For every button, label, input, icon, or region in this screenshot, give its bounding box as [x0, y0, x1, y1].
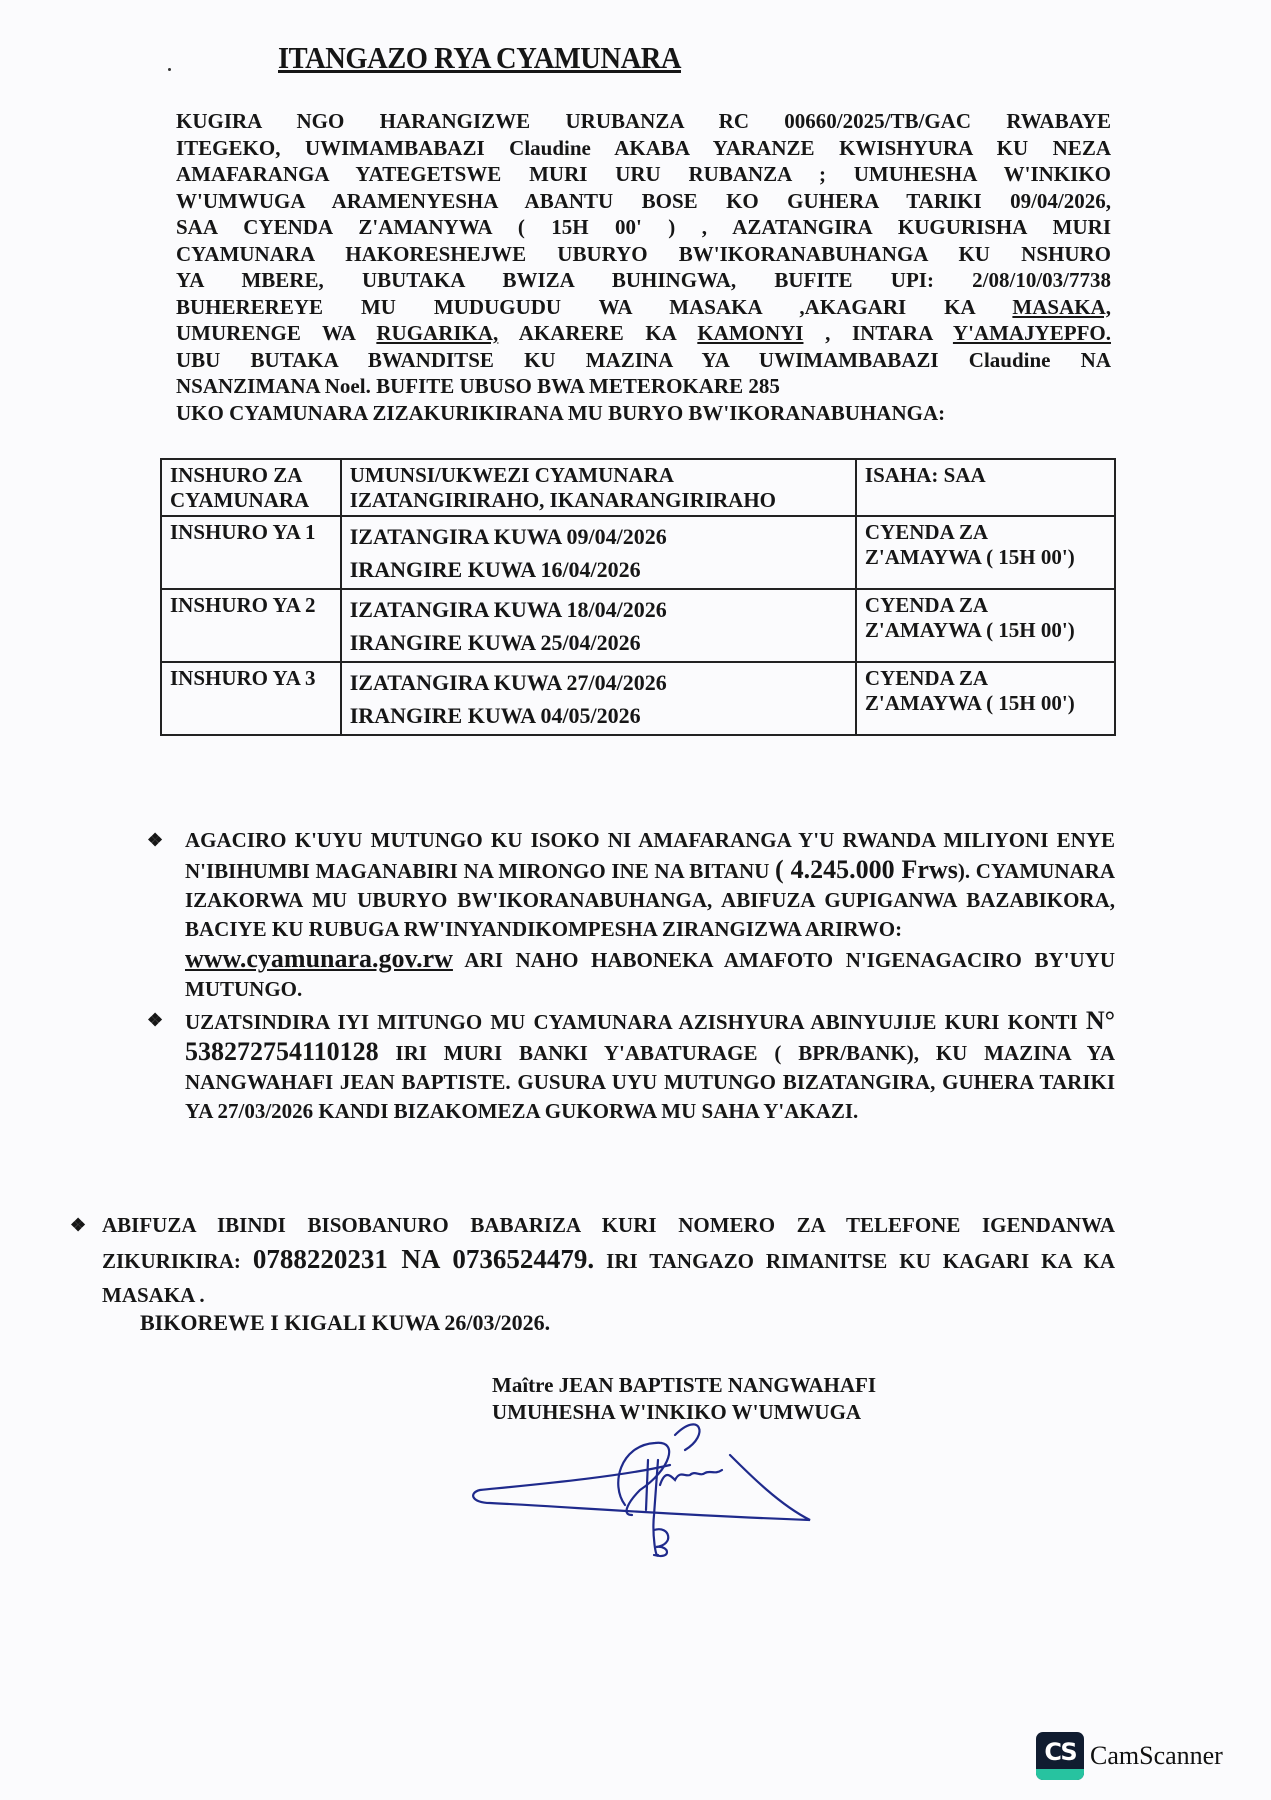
start-date: IZATANGIRA KUWA 27/04/2026: [350, 666, 847, 699]
scanned-document-page: ITANGAZO RYA CYAMUNARA KUGIRA NGO HARANG…: [0, 0, 1271, 1800]
location-text: , INTARA: [803, 321, 952, 345]
end-date: IRANGIRE KUWA 25/04/2026: [350, 626, 847, 659]
province-name: Y'AMAJYEPFO.: [953, 321, 1111, 345]
header-time: ISAHA: SAA: [856, 459, 1115, 516]
cell-name: MASAKA,: [1012, 295, 1111, 319]
table-row: INSHURO YA 1 IZATANGIRA KUWA 09/04/2026I…: [161, 516, 1115, 589]
dates-cell: IZATANGIRA KUWA 09/04/2026IRANGIRE KUWA …: [341, 516, 856, 589]
document-title: ITANGAZO RYA CYAMUNARA: [278, 40, 681, 76]
date-issued: BIKOREWE I KIGALI KUWA 26/03/2026.: [140, 1310, 550, 1336]
auction-schedule-table: INSHURO ZA CYAMUNARA UMUNSI/UKWEZI CYAMU…: [160, 458, 1116, 736]
table-header-row: INSHURO ZA CYAMUNARA UMUNSI/UKWEZI CYAMU…: [161, 459, 1115, 516]
phone-numbers: 0788220231 NA 0736524479.: [253, 1244, 594, 1274]
round-cell: INSHURO YA 1: [161, 516, 341, 589]
intro-line: KUGIRA NGO HARANGIZWE URUBANZA RC 00660/…: [176, 108, 1111, 135]
intro-line: CYAMUNARA HAKORESHEJWE UBURYO BW'IKORANA…: [176, 241, 1111, 268]
time-cell: CYENDA ZA Z'AMAYWA ( 15H 00'): [856, 516, 1115, 589]
table-row: INSHURO YA 3 IZATANGIRA KUWA 27/04/2026I…: [161, 662, 1115, 735]
table-row: INSHURO YA 2 IZATANGIRA KUWA 18/04/2026I…: [161, 589, 1115, 662]
intro-line: YA MBERE, UBUTAKA BWIZA BUHINGWA, BUFITE…: [176, 267, 1111, 294]
intro-line: ITEGEKO, UWIMAMBABAZI Claudine AKABA YAR…: [176, 135, 1111, 162]
start-date: IZATANGIRA KUWA 09/04/2026: [350, 520, 847, 553]
location-text: UMURENGE WA: [176, 321, 376, 345]
round-cell: INSHURO YA 2: [161, 589, 341, 662]
signatory-name: Maître JEAN BAPTISTE NANGWAHAFI: [492, 1372, 876, 1399]
schedule-intro: UKO CYAMUNARA ZIZAKURIKIRANA MU BURYO BW…: [176, 400, 1111, 427]
four-diamond-ornament-icon: ❖: [147, 1006, 163, 1035]
round-cell: INSHURO YA 3: [161, 662, 341, 735]
camscanner-logo-icon: CS: [1036, 1732, 1084, 1780]
end-date: IRANGIRE KUWA 04/05/2026: [350, 699, 847, 732]
header-round: INSHURO ZA CYAMUNARA: [161, 459, 341, 516]
header-dates: UMUNSI/UKWEZI CYAMUNARA IZATANGIRIRAHO, …: [341, 459, 856, 516]
location-line: BUHEREREYE MU MUDUGUDU WA MASAKA ,AKAGAR…: [176, 294, 1111, 321]
bullet-list: ❖ AGACIRO K'UYU MUTUNGO KU ISOKO NI AMAF…: [140, 826, 1115, 1126]
handwritten-signature-icon: [470, 1415, 820, 1565]
dates-cell: IZATANGIRA KUWA 27/04/2026IRANGIRE KUWA …: [341, 662, 856, 735]
four-diamond-ornament-icon: ❖: [147, 826, 163, 855]
location-text: AKARERE KA: [498, 321, 697, 345]
location-text: BUHEREREYE MU MUDUGUDU WA MASAKA ,AKAGAR…: [176, 295, 1012, 319]
camscanner-watermark: CS CamScanner: [1036, 1732, 1223, 1780]
four-diamond-ornament-icon: ❖: [70, 1208, 86, 1242]
area-line: NSANZIMANA Noel. BUFITE UBUSO BWA METERO…: [176, 373, 1111, 400]
intro-line: SAA CYENDA Z'AMANYWA ( 15H 00' ) , AZATA…: [176, 214, 1111, 241]
start-date: IZATANGIRA KUWA 18/04/2026: [350, 593, 847, 626]
intro-line: W'UMWUGA ARAMENYESHA ABANTU BOSE KO GUHE…: [176, 188, 1111, 215]
owner-line: UBU BUTAKA BWANDITSE KU MAZINA YA UWIMAM…: [176, 347, 1111, 374]
speck: [168, 68, 171, 71]
time-cell: CYENDA ZA Z'AMAYWA ( 15H 00'): [856, 662, 1115, 735]
end-date: IRANGIRE KUWA 16/04/2026: [350, 553, 847, 586]
payment-text: UZATSINDIRA IYI MITUNGO MU CYAMUNARA AZI…: [185, 1010, 1086, 1034]
location-line-2: UMURENGE WA RUGARIKA, AKARERE KA KAMONYI…: [176, 320, 1111, 347]
dates-cell: IZATANGIRA KUWA 18/04/2026IRANGIRE KUWA …: [341, 589, 856, 662]
auction-website-link[interactable]: www.cyamunara.gov.rw: [185, 944, 453, 973]
camscanner-brand: CamScanner: [1090, 1741, 1223, 1771]
bullet-contact: ❖ ABIFUZA IBINDI BISOBANURO BABARIZA KUR…: [70, 1208, 1115, 1312]
bullet-payment: ❖ UZATSINDIRA IYI MITUNGO MU CYAMUNARA A…: [140, 1006, 1115, 1126]
district-name: KAMONYI: [697, 321, 803, 345]
valuation-amount: ( 4.245.000 Frws: [775, 855, 958, 884]
sector-name: RUGARIKA,: [376, 321, 498, 345]
intro-line: AMAFARANGA YATEGETSWE MURI URU RUBANZA ;…: [176, 161, 1111, 188]
bullet-valuation: ❖ AGACIRO K'UYU MUTUNGO KU ISOKO NI AMAF…: [140, 826, 1115, 1004]
logo-text: CS: [1044, 1738, 1075, 1766]
time-cell: CYENDA ZA Z'AMAYWA ( 15H 00'): [856, 589, 1115, 662]
intro-paragraph: KUGIRA NGO HARANGIZWE URUBANZA RC 00660/…: [176, 108, 1111, 426]
